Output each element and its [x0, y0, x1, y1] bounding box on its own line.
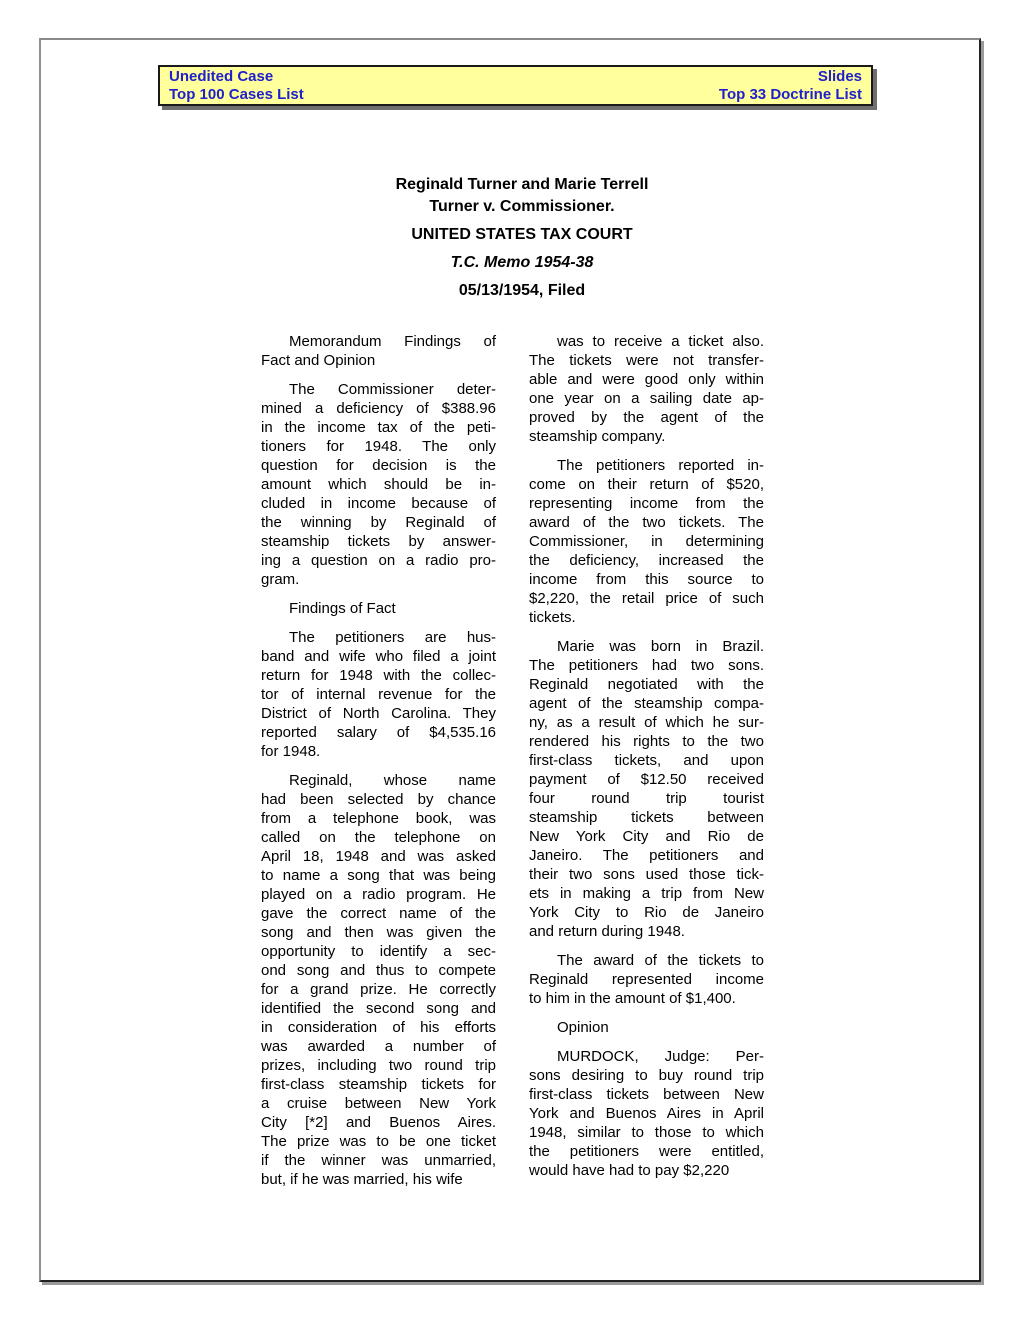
text-line: would have had to pay $2,220 — [529, 1161, 764, 1180]
text-line: song and then was given the — [261, 923, 496, 942]
paragraph: Findings of Fact — [261, 599, 496, 618]
text-line: a cruise between New York — [261, 1094, 496, 1113]
paragraph: The Commissioner deter-mined a deficienc… — [261, 380, 496, 589]
paragraph: The petitioners reported in-come on thei… — [529, 456, 764, 627]
text-line: The Commissioner deter- — [261, 380, 496, 399]
text-line: the winning by Reginald of — [261, 513, 496, 532]
text-line: agent of the steamship compa- — [529, 694, 764, 713]
text-line: New York City and Rio de — [529, 827, 764, 846]
text-line: payment of $12.50 received — [529, 770, 764, 789]
text-line: Janeiro. The petitioners and — [529, 846, 764, 865]
title-line: Turner v. Commissioner. — [65, 196, 979, 218]
title-paragraph: T.C. Memo 1954-38 — [65, 252, 979, 274]
text-line: to him in the amount of $1,400. — [529, 989, 764, 1008]
text-line: for a grand prize. He correctly — [261, 980, 496, 999]
text-line: called on the telephone on — [261, 828, 496, 847]
paragraph: Opinion — [529, 1018, 764, 1037]
text-line: Memorandum Findings of — [261, 332, 496, 351]
text-line: first-class steamship tickets for — [261, 1075, 496, 1094]
text-line: The prize was to be one ticket — [261, 1132, 496, 1151]
text-line: come on their return of $520, — [529, 475, 764, 494]
document-page: Unedited Case Slides Top 100 Cases List … — [39, 38, 981, 1282]
nav-row-top: Unedited Case Slides — [169, 68, 862, 86]
text-line: The petitioners reported in- — [529, 456, 764, 475]
text-line: steamship tickets by answer- — [261, 532, 496, 551]
title-line: Reginald Turner and Marie Terrell — [65, 174, 979, 196]
text-line: Reginald negotiated with the — [529, 675, 764, 694]
text-line: income from this source to — [529, 570, 764, 589]
text-line: if the winner was unmarried, — [261, 1151, 496, 1170]
text-line: gram. — [261, 570, 496, 589]
text-line: from a telephone book, was — [261, 809, 496, 828]
text-line: able and were good only within — [529, 370, 764, 389]
text-line: identified the second song and — [261, 999, 496, 1018]
text-line: award of the two tickets. The — [529, 513, 764, 532]
text-line: mined a deficiency of $388.96 — [261, 399, 496, 418]
title-paragraph: UNITED STATES TAX COURT — [65, 224, 979, 246]
text-line: one year on a sailing date ap- — [529, 389, 764, 408]
text-line: first-class tickets between New — [529, 1085, 764, 1104]
title-line: 05/13/1954, Filed — [65, 280, 979, 302]
text-line: steamship tickets between — [529, 808, 764, 827]
text-line: Findings of Fact — [261, 599, 496, 618]
text-line: Fact and Opinion — [261, 351, 496, 370]
text-line: District of North Carolina. They — [261, 704, 496, 723]
text-line: Reginald, whose name — [261, 771, 496, 790]
text-line: cluded in income because of — [261, 494, 496, 513]
text-line: band and wife who filed a joint — [261, 647, 496, 666]
text-line: $2,220, the retail price of such — [529, 589, 764, 608]
paragraph: Memorandum Findings ofFact and Opinion — [261, 332, 496, 370]
text-line: ny, as a result of which he sur- — [529, 713, 764, 732]
text-line: The petitioners are hus- — [261, 628, 496, 647]
text-line: Opinion — [529, 1018, 764, 1037]
text-line: sons desiring to buy round trip — [529, 1066, 764, 1085]
text-line: gave the correct name of the — [261, 904, 496, 923]
paragraph: was to receive a ticket also.The tickets… — [529, 332, 764, 446]
text-line: played on a radio program. He — [261, 885, 496, 904]
text-line: was awarded a number of — [261, 1037, 496, 1056]
top-100-cases-list-link[interactable]: Top 100 Cases List — [169, 86, 304, 104]
top-33-doctrine-list-link[interactable]: Top 33 Doctrine List — [719, 86, 862, 104]
text-line: to name a song that was being — [261, 866, 496, 885]
text-line: was to receive a ticket also. — [529, 332, 764, 351]
text-line: and return during 1948. — [529, 922, 764, 941]
case-title-block: Reginald Turner and Marie TerrellTurner … — [41, 174, 979, 308]
text-line: York City to Rio de Janeiro — [529, 903, 764, 922]
title-line: UNITED STATES TAX COURT — [65, 224, 979, 246]
text-line: ets in making a trip from New — [529, 884, 764, 903]
title-paragraph: 05/13/1954, Filed — [65, 280, 979, 302]
text-line: the petitioners were entitled, — [529, 1142, 764, 1161]
text-line: opportunity to identify a sec- — [261, 942, 496, 961]
text-line: prizes, including two round trip — [261, 1056, 496, 1075]
text-line: The award of the tickets to — [529, 951, 764, 970]
title-paragraph: Reginald Turner and Marie TerrellTurner … — [65, 174, 979, 218]
right-column: was to receive a ticket also.The tickets… — [529, 332, 764, 1190]
nav-box: Unedited Case Slides Top 100 Cases List … — [158, 65, 873, 106]
text-line: their two sons used those tick- — [529, 865, 764, 884]
unedited-case-link[interactable]: Unedited Case — [169, 68, 273, 86]
text-line: amount which should be in- — [261, 475, 496, 494]
text-line: the deficiency, increased the — [529, 551, 764, 570]
text-line: rendered his rights to the two — [529, 732, 764, 751]
text-line: Marie was born in Brazil. — [529, 637, 764, 656]
text-line: tioners for 1948. The only — [261, 437, 496, 456]
text-line: City [*2] and Buenos Aires. — [261, 1113, 496, 1132]
text-line: tickets. — [529, 608, 764, 627]
left-column: Memorandum Findings ofFact and OpinionTh… — [261, 332, 496, 1199]
text-line: MURDOCK, Judge: Per- — [529, 1047, 764, 1066]
text-line: tor of internal revenue for the — [261, 685, 496, 704]
text-line: in the income tax of the peti- — [261, 418, 496, 437]
text-line: return for 1948 with the collec- — [261, 666, 496, 685]
text-line: had been selected by chance — [261, 790, 496, 809]
text-line: steamship company. — [529, 427, 764, 446]
title-line: T.C. Memo 1954-38 — [65, 252, 979, 274]
slides-link[interactable]: Slides — [818, 68, 862, 86]
text-line: Reginald represented income — [529, 970, 764, 989]
text-line: 1948, similar to those to which — [529, 1123, 764, 1142]
paragraph: The petitioners are hus-band and wife wh… — [261, 628, 496, 761]
text-line: but, if he was married, his wife — [261, 1170, 496, 1189]
text-line: in consideration of his efforts — [261, 1018, 496, 1037]
text-line: representing income from the — [529, 494, 764, 513]
text-line: The tickets were not transfer- — [529, 351, 764, 370]
text-line: proved by the agent of the — [529, 408, 764, 427]
paragraph: The award of the tickets toReginald repr… — [529, 951, 764, 1008]
text-line: Commissioner, in determining — [529, 532, 764, 551]
paragraph: MURDOCK, Judge: Per-sons desiring to buy… — [529, 1047, 764, 1180]
text-line: ing a question on a radio pro- — [261, 551, 496, 570]
text-line: April 18, 1948 and was asked — [261, 847, 496, 866]
paragraph: Marie was born in Brazil.The petitioners… — [529, 637, 764, 941]
text-line: for 1948. — [261, 742, 496, 761]
nav-row-bottom: Top 100 Cases List Top 33 Doctrine List — [169, 86, 862, 104]
text-line: question for decision is the — [261, 456, 496, 475]
text-line: four round trip tourist — [529, 789, 764, 808]
text-line: York and Buenos Aires in April — [529, 1104, 764, 1123]
text-line: first-class tickets, and upon — [529, 751, 764, 770]
text-line: reported salary of $4,535.16 — [261, 723, 496, 742]
text-line: ond song and thus to compete — [261, 961, 496, 980]
text-line: The petitioners had two sons. — [529, 656, 764, 675]
paragraph: Reginald, whose namehad been selected by… — [261, 771, 496, 1189]
